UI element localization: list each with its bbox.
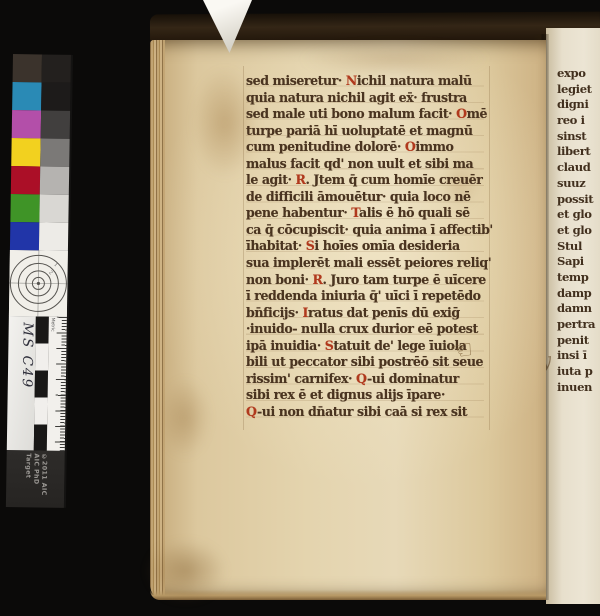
facing-text-fragment: Sapi bbox=[557, 254, 600, 270]
text-segment: ichil natura malū bbox=[357, 73, 472, 88]
manuscript-line: sua implerēt mali essēt peiores reliq' bbox=[246, 255, 484, 272]
text-segment: -ui dominatur bbox=[367, 371, 459, 386]
text-segment: tatuit de' lege īuiola bbox=[333, 338, 466, 353]
rubricated-initial: R bbox=[313, 272, 323, 287]
color-swatch bbox=[12, 82, 41, 110]
facing-text-fragment: libert bbox=[557, 144, 600, 160]
facing-text-fragments: expolegietdignireo isinstlibertclaudsuuz… bbox=[557, 66, 600, 395]
parchment-stain bbox=[160, 378, 210, 458]
text-segment: de difficili āmouētur· quia loco nē bbox=[246, 189, 471, 204]
text-segment: . Juro tam turpe ē uīcere bbox=[323, 272, 486, 287]
text-segment: sibi rex ē et dignus alijs īpare· bbox=[246, 387, 445, 402]
rubricated-initial: R bbox=[295, 172, 305, 187]
manuscript-line: pene habentur· Talis ē hō quali sē bbox=[246, 205, 484, 222]
text-segment: ·inuido- nulla crux durior eē potest bbox=[246, 321, 478, 336]
facing-text-fragment: iuta p bbox=[557, 364, 600, 380]
color-swatch bbox=[11, 138, 40, 166]
manuscript-line: cum penitudine dolorē· Oimmo bbox=[246, 139, 484, 156]
swatch-row bbox=[11, 166, 69, 195]
text-block: sed miseretur· Nichil natura malūquia na… bbox=[246, 70, 484, 428]
facing-text-fragment: possit bbox=[557, 192, 600, 208]
swatch-row bbox=[10, 222, 68, 251]
swatch-row bbox=[11, 138, 69, 167]
facing-text-fragment: Stul bbox=[557, 239, 600, 255]
text-segment: cum penitudine dolorē· bbox=[246, 139, 405, 154]
manuscript-line: rissim' carnifex· Q-ui dominatur bbox=[246, 371, 484, 388]
manuscript-line: malus facit qd' non uult et sibi ma bbox=[246, 156, 484, 173]
gray-swatch bbox=[40, 166, 69, 194]
gray-swatch bbox=[42, 54, 71, 82]
text-segment: ratus dat penīs dū exiḡ bbox=[308, 305, 460, 320]
color-swatch bbox=[11, 166, 40, 194]
rubricated-initial: Q bbox=[246, 404, 257, 419]
text-segment: . Jtem q̄ cum homīe creuēr bbox=[306, 172, 483, 187]
manuscript-line: ·inuido- nulla crux durior eē potest bbox=[246, 321, 484, 338]
text-segment: alis ē hō quali sē bbox=[359, 205, 470, 220]
gray-swatch bbox=[39, 194, 68, 222]
gray-swatch bbox=[41, 82, 70, 110]
ruler-unit-label: Metric bbox=[50, 318, 55, 332]
target-credit-line1: AIC PhD Target bbox=[23, 453, 40, 507]
manuscript-line: ca q̄ cōcupiscit· quia anima ī affectib' bbox=[246, 222, 484, 239]
gray-swatch bbox=[41, 110, 70, 138]
facing-text-fragment: expo bbox=[557, 66, 600, 82]
facing-text-fragment: sinst bbox=[557, 129, 600, 145]
swatch-row bbox=[12, 82, 70, 111]
text-segment: malus facit qd' non uult et sibi ma bbox=[246, 156, 473, 171]
rubricated-initial: N bbox=[346, 73, 357, 88]
manuscript-line: le agit· R. Jtem q̄ cum homīe creuēr bbox=[246, 172, 484, 189]
page-fore-edges bbox=[150, 40, 165, 600]
manuscript-line: īhabitat· Si hoīes omīa desideria bbox=[246, 238, 484, 255]
swatch-row bbox=[12, 110, 70, 139]
swatch-row bbox=[13, 54, 71, 83]
facing-text-fragment: insi ī bbox=[557, 348, 600, 364]
text-segment: mē bbox=[467, 106, 487, 121]
manicule-icon: ☞ bbox=[448, 335, 475, 368]
text-segment: sua implerēt mali essēt peiores reliq' bbox=[246, 255, 491, 270]
ruler-ticks: Metric bbox=[47, 317, 67, 451]
color-swatch bbox=[10, 222, 39, 250]
text-segment: bn̄ficijs· bbox=[246, 305, 303, 320]
text-segment: -ui non dn̄atur sibi caā si rex sit bbox=[257, 404, 467, 419]
text-segment: sed miseretur· bbox=[246, 73, 346, 88]
calibration-target: 1 2 MS C49 Metric AIC PhD Target ©2011 A… bbox=[6, 54, 73, 508]
text-segment: rissim' carnifex· bbox=[246, 371, 356, 386]
text-segment: pene habentur· bbox=[246, 205, 351, 220]
manuscript-line: quia natura nichil agit ex̄· frustra bbox=[246, 90, 484, 107]
text-segment: ca q̄ cōcupiscit· quia anima ī affectib' bbox=[246, 222, 493, 237]
swatch-row bbox=[10, 194, 68, 223]
rubricated-initial: O bbox=[456, 106, 467, 121]
facing-text-fragment: temp bbox=[557, 270, 600, 286]
facing-text-fragment: claud bbox=[557, 160, 600, 176]
text-segment: non boni· bbox=[246, 272, 313, 287]
page-bottom-edge bbox=[150, 590, 546, 600]
facing-text-fragment: damp bbox=[557, 286, 600, 302]
manuscript-line: sed male uti bono malum facit· Omē bbox=[246, 106, 484, 123]
gray-swatch bbox=[39, 222, 68, 250]
text-segment: immo bbox=[415, 139, 453, 154]
label-and-ruler: MS C49 Metric bbox=[7, 316, 67, 451]
text-segment: īhabitat· bbox=[246, 238, 306, 253]
text-segment: sed male uti bono malum facit· bbox=[246, 106, 456, 121]
manuscript-line: sed miseretur· Nichil natura malū bbox=[246, 73, 484, 90]
text-segment: quia natura nichil agit ex̄· frustra bbox=[246, 90, 467, 105]
rubricated-initial: O bbox=[405, 139, 416, 154]
facing-text-fragment: pertra bbox=[557, 317, 600, 333]
text-segment: i hoīes omīa desideria bbox=[314, 238, 459, 253]
facing-text-fragment: inuen bbox=[557, 380, 600, 396]
ruler: Metric bbox=[34, 316, 67, 450]
manuscript-line: sibi rex ē et dignus alijs īpare· bbox=[246, 387, 484, 404]
manuscript-page-verso: sed miseretur· Nichil natura malūquia na… bbox=[150, 40, 546, 600]
focus-target-icon: 1 2 bbox=[9, 250, 68, 317]
text-segment: bili ut peccator sibi postrēō sit seue bbox=[246, 354, 483, 369]
manuscript-line: bn̄ficijs· Iratus dat penīs dū exiḡ bbox=[246, 305, 484, 322]
text-segment: le agit· bbox=[246, 172, 295, 187]
manuscript-line: turpe pariā hī uoluptatē et magnū bbox=[246, 123, 484, 140]
text-segment: turpe pariā hī uoluptatē et magnū bbox=[246, 123, 473, 138]
target-credit-line2: ©2011 AIC bbox=[39, 453, 48, 495]
facing-text-fragment: suuz bbox=[557, 176, 600, 192]
manuscript-line: ī reddenda iniuria q̄' uīci ī repetēdo bbox=[246, 288, 484, 305]
color-swatch bbox=[13, 54, 42, 82]
manuscript-line: non boni· R. Juro tam turpe ē uīcere bbox=[246, 272, 484, 289]
facing-text-fragment: digni bbox=[557, 97, 600, 113]
facing-text-fragment: legiet bbox=[557, 82, 600, 98]
color-swatch bbox=[10, 194, 39, 222]
facing-text-fragment: reo i bbox=[557, 113, 600, 129]
photo-canvas: expolegietdignireo isinstlibertclaudsuuz… bbox=[0, 0, 600, 616]
facing-text-fragment: et glo bbox=[557, 207, 600, 223]
text-segment: ī reddenda iniuria q̄' uīci ī repetēdo bbox=[246, 288, 481, 303]
target-credit: AIC PhD Target ©2011 AIC bbox=[6, 450, 65, 508]
manuscript-line: de difficili āmouētur· quia loco nē bbox=[246, 189, 484, 206]
color-swatch bbox=[12, 110, 41, 138]
facing-text-fragment: damn bbox=[557, 301, 600, 317]
rubricated-initial: Q bbox=[356, 371, 367, 386]
facing-text-fragment: penit bbox=[557, 333, 600, 349]
manuscript-line: bili ut peccator sibi postrēō sit seue bbox=[246, 354, 484, 371]
manuscript-line: Q-ui non dn̄atur sibi caā si rex sit bbox=[246, 404, 484, 421]
facing-text-fragment: et glo bbox=[557, 223, 600, 239]
rubricated-initial: T bbox=[351, 205, 359, 220]
gray-swatch bbox=[40, 138, 69, 166]
color-swatches bbox=[10, 54, 71, 251]
shelfmark-label: MS C49 bbox=[7, 316, 36, 450]
text-segment: ipā inuidia· bbox=[246, 338, 325, 353]
